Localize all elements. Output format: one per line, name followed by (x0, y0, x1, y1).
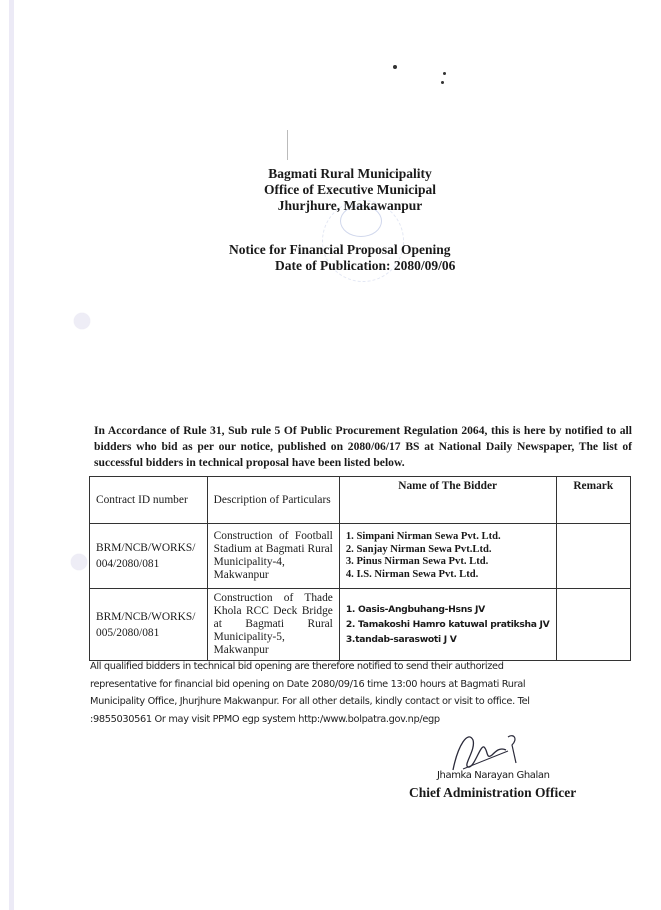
bidder-item: 1. Oasis-Angbuhang-Hsns JV (346, 602, 550, 617)
bidder-item: 2. Sanjay Nirman Sewa Pvt.Ltd. (346, 544, 550, 557)
bidders-cell: 1. Simpani Nirman Sewa Pvt. Ltd. 2. Sanj… (339, 524, 556, 589)
footer-paragraph: All qualified bidders in technical bid o… (90, 658, 570, 729)
contract-id-cell: BRM/NCB/WORKS/ 005/2080/081 (90, 589, 208, 661)
organization-name: Bagmati Rural Municipality (240, 166, 460, 182)
contract-id-part: BRM/NCB/WORKS/ (96, 540, 201, 556)
bidder-item: 1. Simpani Nirman Sewa Pvt. Ltd. (346, 531, 550, 544)
header-contract-id: Contract ID number (90, 477, 208, 524)
table-row: BRM/NCB/WORKS/ 005/2080/081 Construction… (90, 589, 631, 661)
remark-cell (556, 589, 631, 661)
scan-speck (393, 65, 397, 69)
bidders-cell: 1. Oasis-Angbuhang-Hsns JV 2. Tamakoshi … (339, 589, 556, 661)
header-description: Description of Particulars (207, 477, 339, 524)
description-cell: Construction of Football Stadium at Bagm… (207, 524, 339, 589)
office-name: Office of Executive Municipal (240, 182, 460, 198)
header-bidder-name: Name of The Bidder (339, 477, 556, 524)
remark-cell (556, 524, 631, 589)
scan-speck (441, 81, 444, 84)
signatory-name: Jhamka Narayan Ghalan (437, 770, 550, 781)
bidder-item: 2. Tamakoshi Hamro katuwal pratiksha JV (346, 617, 550, 632)
signature-icon (448, 725, 528, 775)
scan-speck (443, 72, 446, 75)
intro-paragraph: In Accordance of Rule 31, Sub rule 5 Of … (94, 423, 632, 471)
table-row: BRM/NCB/WORKS/ 004/2080/081 Construction… (90, 524, 631, 589)
contract-id-cell: BRM/NCB/WORKS/ 004/2080/081 (90, 524, 208, 589)
description-cell: Construction of Thade Khola RCC Deck Bri… (207, 589, 339, 661)
office-location: Jhurjhure, Makawanpur (240, 198, 460, 214)
bidders-table: Contract ID number Description of Partic… (89, 476, 631, 661)
bidder-item: 3.tandab-saraswoti J V (346, 632, 550, 647)
scan-border (9, 0, 14, 910)
contract-id-part: BRM/NCB/WORKS/ (96, 609, 201, 625)
signatory-title: Chief Administration Officer (409, 785, 576, 801)
letterhead: Bagmati Rural Municipality Office of Exe… (240, 166, 460, 214)
table-header-row: Contract ID number Description of Partic… (90, 477, 631, 524)
publication-date: Date of Publication: 2080/09/06 (275, 258, 455, 274)
notice-title: Notice for Financial Proposal Opening (229, 242, 451, 258)
contract-id-part: 004/2080/081 (96, 556, 201, 572)
contract-id-part: 005/2080/081 (96, 625, 201, 641)
punch-hole (74, 313, 90, 329)
punch-hole (71, 554, 87, 570)
scan-mark (287, 130, 288, 160)
header-remark: Remark (556, 477, 631, 524)
bidder-item: 3. Pinus Nirman Sewa Pvt. Ltd. (346, 556, 550, 569)
bidder-item: 4. I.S. Nirman Sewa Pvt. Ltd. (346, 569, 550, 582)
